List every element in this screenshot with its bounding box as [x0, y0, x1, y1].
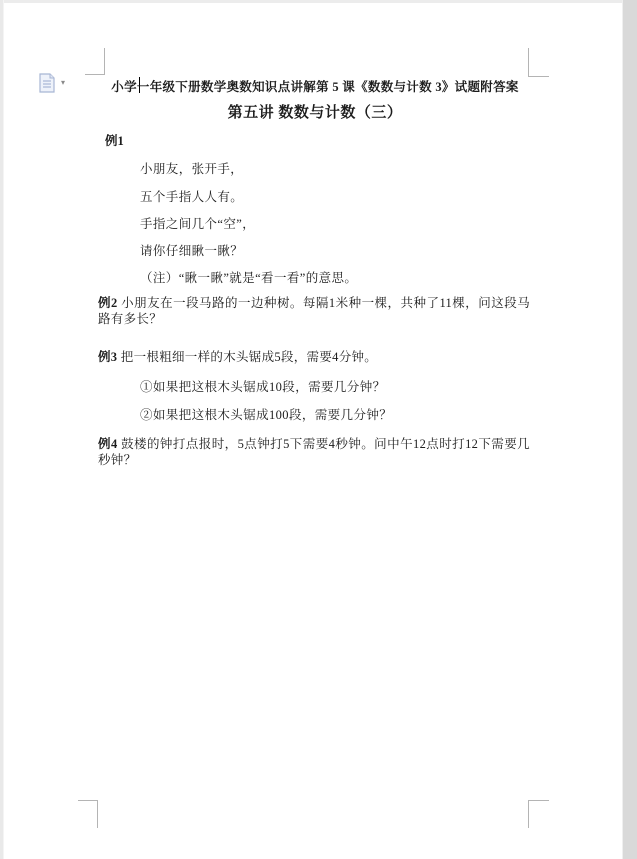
text-boundary-mark-bottom-left [78, 800, 98, 828]
text-boundary-mark-bottom-right [528, 800, 549, 828]
window-left-edge [0, 0, 4, 859]
example2-text: 小朋友在一段马路的一边种树。每隔1米种一棵，共种了11棵，问这段马路有多长？ [98, 296, 530, 326]
document-title[interactable]: 小学一年级下册数学奥数知识点讲解第 5 课《数数与计数 3》试题附答案 [100, 77, 530, 95]
example3-label: 例3 [98, 350, 117, 364]
window-top-edge [0, 0, 637, 3]
window-right-edge [622, 0, 637, 859]
word-processor-window: { "window": { "chrome_color": "#d9d9d9",… [0, 0, 637, 859]
example1-line[interactable]: 五个手指人人有。 [140, 187, 243, 205]
example1-line[interactable]: 手指之间几个“空”， [140, 214, 255, 232]
example2-label: 例2 [98, 296, 118, 310]
example2-paragraph[interactable]: 例2 小朋友在一段马路的一边种树。每隔1米种一棵，共种了11棵，问这段马路有多长… [98, 295, 530, 327]
example1-label[interactable]: 例1 [105, 131, 124, 149]
text-boundary-mark-top-right [528, 48, 549, 77]
example1-line[interactable]: 小朋友，张开手， [140, 159, 243, 177]
example4-paragraph[interactable]: 例4 鼓楼的钟打点报时，5点钟打5下需要4秒钟。问中午12点时打12下需要几秒钟… [98, 436, 530, 468]
section-heading[interactable]: 第五讲 数数与计数（三） [100, 101, 530, 122]
text-boundary-mark-top-left [85, 48, 105, 75]
example4-label: 例4 [98, 437, 118, 451]
example3-paragraph[interactable]: 例3 把一根粗细一样的木头锯成5段，需要4分钟。 [98, 349, 530, 365]
example3-text: 把一根粗细一样的木头锯成5段，需要4分钟。 [121, 350, 377, 364]
example1-line[interactable]: 请你仔细瞅一瞅？ [140, 241, 243, 259]
example3-subquestion-2[interactable]: ②如果把这根木头锯成100段，需要几分钟？ [140, 405, 392, 423]
chevron-down-icon[interactable]: ▾ [61, 78, 65, 87]
example3-subquestion-1[interactable]: ①如果把这根木头锯成10段，需要几分钟？ [140, 377, 386, 395]
example4-text: 鼓楼的钟打点报时，5点钟打5下需要4秒钟。问中午12点时打12下需要几秒钟？ [98, 437, 530, 467]
document-options-button[interactable]: ▾ [38, 72, 72, 96]
example1-note[interactable]: （注）“瞅一瞅”就是“看一看”的意思。 [140, 268, 357, 286]
